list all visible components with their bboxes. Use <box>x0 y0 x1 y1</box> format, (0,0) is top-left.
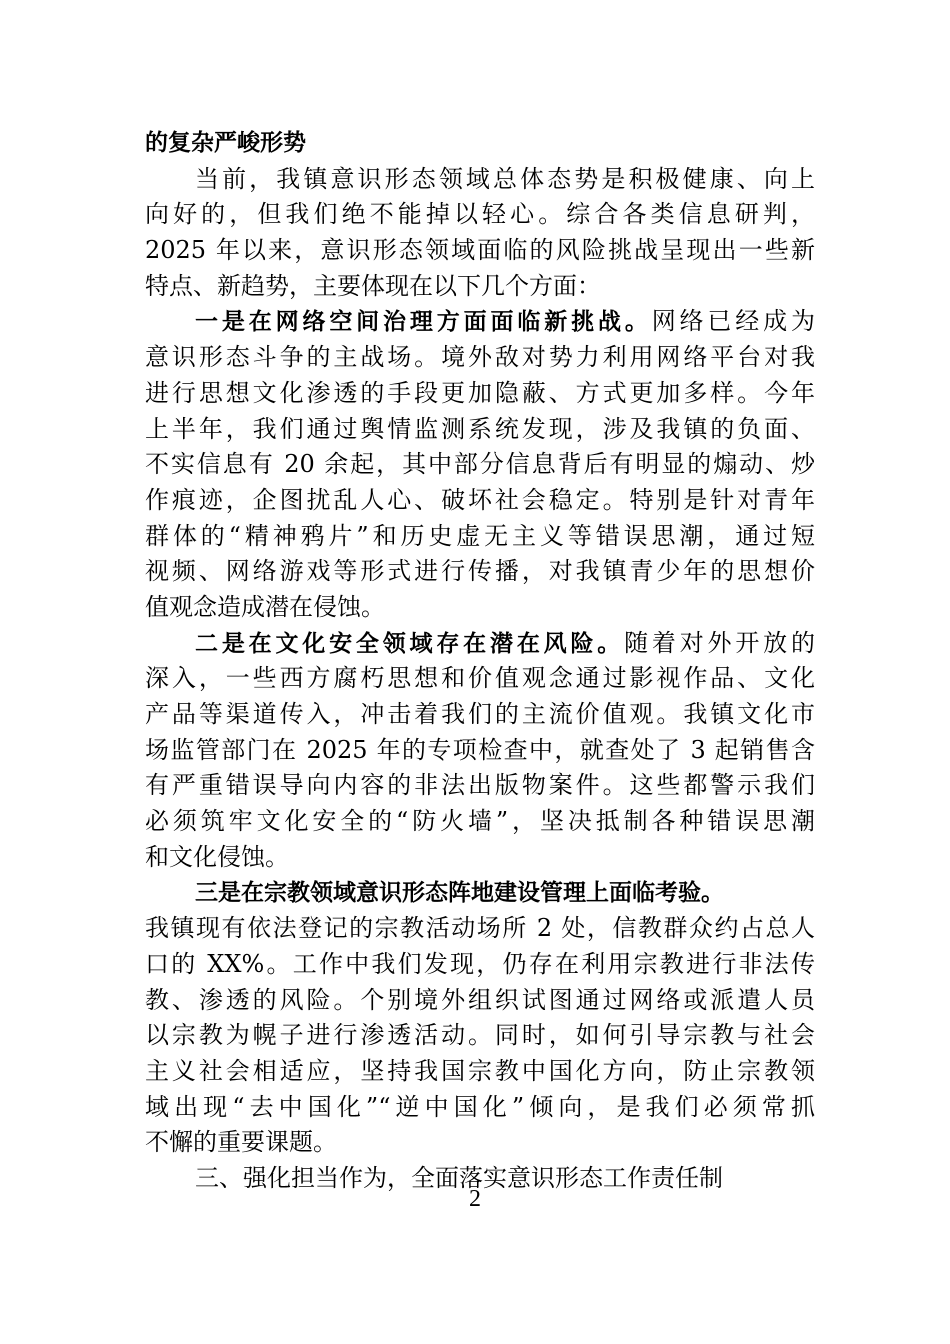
paragraph-line: 口的 XX%。工作中我们发现，仍存在利用宗教进行非法传 <box>145 947 815 983</box>
point-two-paragraph: 二是在文化安全领域存在潜在风险。随着对外开放的 深入，一些西方腐朽思想和价值观念… <box>145 626 815 876</box>
paragraph-line: 视频、网络游戏等形式进行传播，对我镇青少年的思想价 <box>145 554 815 590</box>
point-one-first-rest: 网络已经成为 <box>652 307 815 335</box>
paragraph-line: 一是在网络空间治理方面面临新挑战。网络已经成为 <box>145 304 815 340</box>
paragraph-line: 深入，一些西方腐朽思想和价值观念通过影视作品、文化 <box>145 661 815 697</box>
paragraph-line: 三是在宗教领域意识形态阵地建设管理上面临考验。 <box>145 875 815 911</box>
paragraph-line: 以宗教为幌子进行渗透活动。同时，如何引导宗教与社会 <box>145 1018 815 1054</box>
paragraph-line: 不实信息有 20 余起，其中部分信息背后有明显的煽动、炒 <box>145 447 815 483</box>
point-one-paragraph: 一是在网络空间治理方面面临新挑战。网络已经成为 意识形态斗争的主战场。境外敌对势… <box>145 304 815 625</box>
point-two-first-rest: 随着对外开放的 <box>624 629 815 657</box>
paragraph-line: 场监管部门在 2025 年的专项检查中，就查处了 3 起销售含 <box>145 733 815 769</box>
paragraph-line: 作痕迹，企图扰乱人心、破坏社会稳定。特别是针对青年 <box>145 483 815 519</box>
paragraph-line: 值观念造成潜在侵蚀。 <box>145 590 815 626</box>
paragraph-line: 上半年，我们通过舆情监测系统发现，涉及我镇的负面、 <box>145 412 815 448</box>
paragraph-line: 意识形态斗争的主战场。境外敌对势力利用网络平台对我 <box>145 340 815 376</box>
paragraph-line: 不懈的重要课题。 <box>145 1125 815 1161</box>
point-three-lead: 三是在宗教领域意识形态阵地建设管理上面临考验。 <box>195 880 724 906</box>
paragraph-line: 二是在文化安全领域存在潜在风险。随着对外开放的 <box>145 626 815 662</box>
paragraph-line: 进行思想文化渗透的手段更加隐蔽、方式更加多样。今年 <box>145 376 815 412</box>
page-number: 2 <box>0 1186 950 1213</box>
paragraph-line: 特点、新趋势，主要体现在以下几个方面： <box>145 269 815 305</box>
point-two-lead: 二是在文化安全领域存在潜在风险。 <box>195 631 624 657</box>
paragraph-line: 我镇现有依法登记的宗教活动场所 2 处，信教群众约占总人 <box>145 911 815 947</box>
paragraph-line: 主义社会相适应，坚持我国宗教中国化方向，防止宗教领 <box>145 1054 815 1090</box>
point-one-lead: 一是在网络空间治理方面面临新挑战。 <box>195 309 652 335</box>
paragraph-line: 域出现“去中国化”“逆中国化”倾向，是我们必须常抓 <box>145 1090 815 1126</box>
paragraph-line: 2025 年以来，意识形态领域面临的风险挑战呈现出一些新 <box>145 233 815 269</box>
intro-paragraph: 当前，我镇意识形态领域总体态势是积极健康、向上 向好的，但我们绝不能掉以轻心。综… <box>145 162 815 305</box>
point-three-paragraph: 三是在宗教领域意识形态阵地建设管理上面临考验。 我镇现有依法登记的宗教活动场所 … <box>145 875 815 1161</box>
paragraph-line: 必须筑牢文化安全的“防火墙”，坚决抵制各种错误思潮 <box>145 804 815 840</box>
paragraph-line: 和文化侵蚀。 <box>145 840 815 876</box>
document-page: 的复杂严峻形势 当前，我镇意识形态领域总体态势是积极健康、向上 向好的，但我们绝… <box>0 0 950 1344</box>
paragraph-line: 当前，我镇意识形态领域总体态势是积极健康、向上 <box>145 162 815 198</box>
continued-heading: 的复杂严峻形势 <box>145 126 815 162</box>
paragraph-line: 向好的，但我们绝不能掉以轻心。综合各类信息研判， <box>145 197 815 233</box>
paragraph-line: 教、渗透的风险。个别境外组织试图通过网络或派遣人员 <box>145 983 815 1019</box>
paragraph-line: 有严重错误导向内容的非法出版物案件。这些都警示我们 <box>145 768 815 804</box>
paragraph-line: 群体的“精神鸦片”和历史虚无主义等错误思潮，通过短 <box>145 519 815 555</box>
paragraph-line: 产品等渠道传入，冲击着我们的主流价值观。我镇文化市 <box>145 697 815 733</box>
document-body: 的复杂严峻形势 当前，我镇意识形态领域总体态势是积极健康、向上 向好的，但我们绝… <box>145 126 815 1197</box>
